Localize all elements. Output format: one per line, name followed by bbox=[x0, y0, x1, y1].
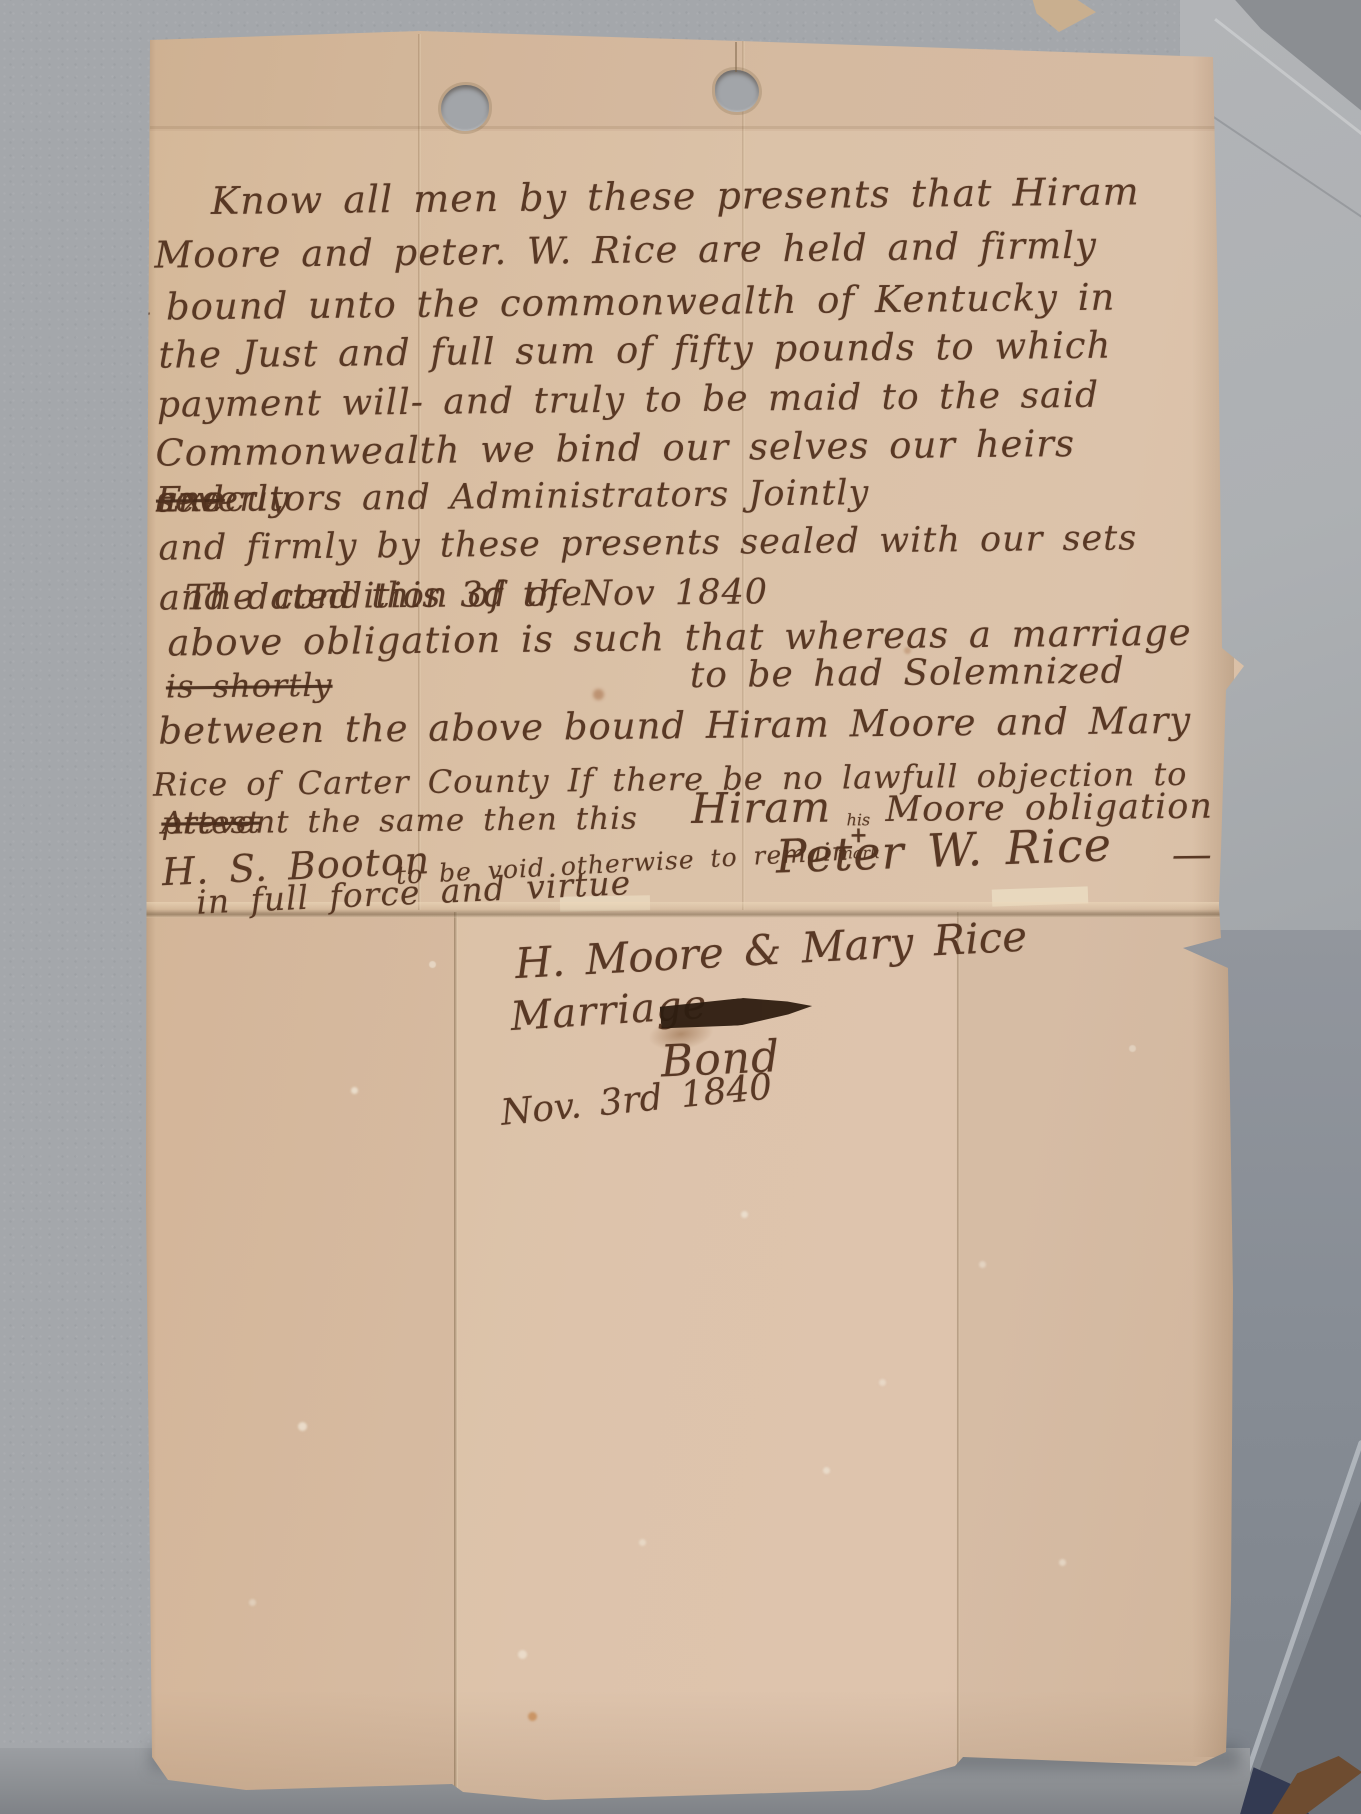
bond-line-9: and dated this 3d of Nov 1840 The condit… bbox=[159, 574, 583, 619]
bond-line-9-date: and dated this 3d of Nov 1840 bbox=[159, 572, 768, 619]
groom-signature: Hiram bbox=[691, 783, 832, 833]
bond-line-7-text: severly bbox=[156, 479, 290, 521]
bond-line-2: Moore and peter. W. Rice are held and fi… bbox=[154, 225, 1097, 277]
handwritten-text-layer: Know all men by these presents that Hira… bbox=[0, 0, 1361, 1814]
bond-line-4: the Just and full sum of fifty pounds to… bbox=[158, 325, 1111, 378]
bond-line-14-text: prevent the same then this bbox=[161, 802, 638, 843]
bond-line-6: Commonwealth we bind our selves our heir… bbox=[155, 423, 1075, 475]
bond-line-8: and firmly by these presents sealed with… bbox=[158, 518, 1137, 568]
bond-line-5: payment will- and truly to be maid to th… bbox=[157, 375, 1099, 426]
bond-line-3: bound unto the commonwealth of Kentucky … bbox=[166, 277, 1116, 329]
bond-document-paper: Know all men by these presents that Hira… bbox=[0, 0, 1361, 1814]
bondsman-signature: Peter W. Rice bbox=[775, 818, 1113, 883]
struck-words-is-shortly: is shortly bbox=[166, 667, 333, 706]
docket-date: Nov. 3rd 1840 bbox=[499, 1066, 774, 1134]
bond-line-11: to be had Solemnized bbox=[690, 651, 1125, 697]
bond-line-12: between the above bound Hiram Moore and … bbox=[158, 700, 1191, 753]
trailing-dash: — bbox=[1172, 832, 1213, 878]
photograph-of-marriage-bond: Know all men by these presents that Hira… bbox=[0, 0, 1361, 1814]
bond-line-1: Know all men by these presents that Hira… bbox=[211, 170, 1140, 223]
blotted-word: Li bbox=[660, 1002, 692, 1039]
docket-parties: H. Moore & Mary Rice bbox=[514, 912, 1028, 988]
